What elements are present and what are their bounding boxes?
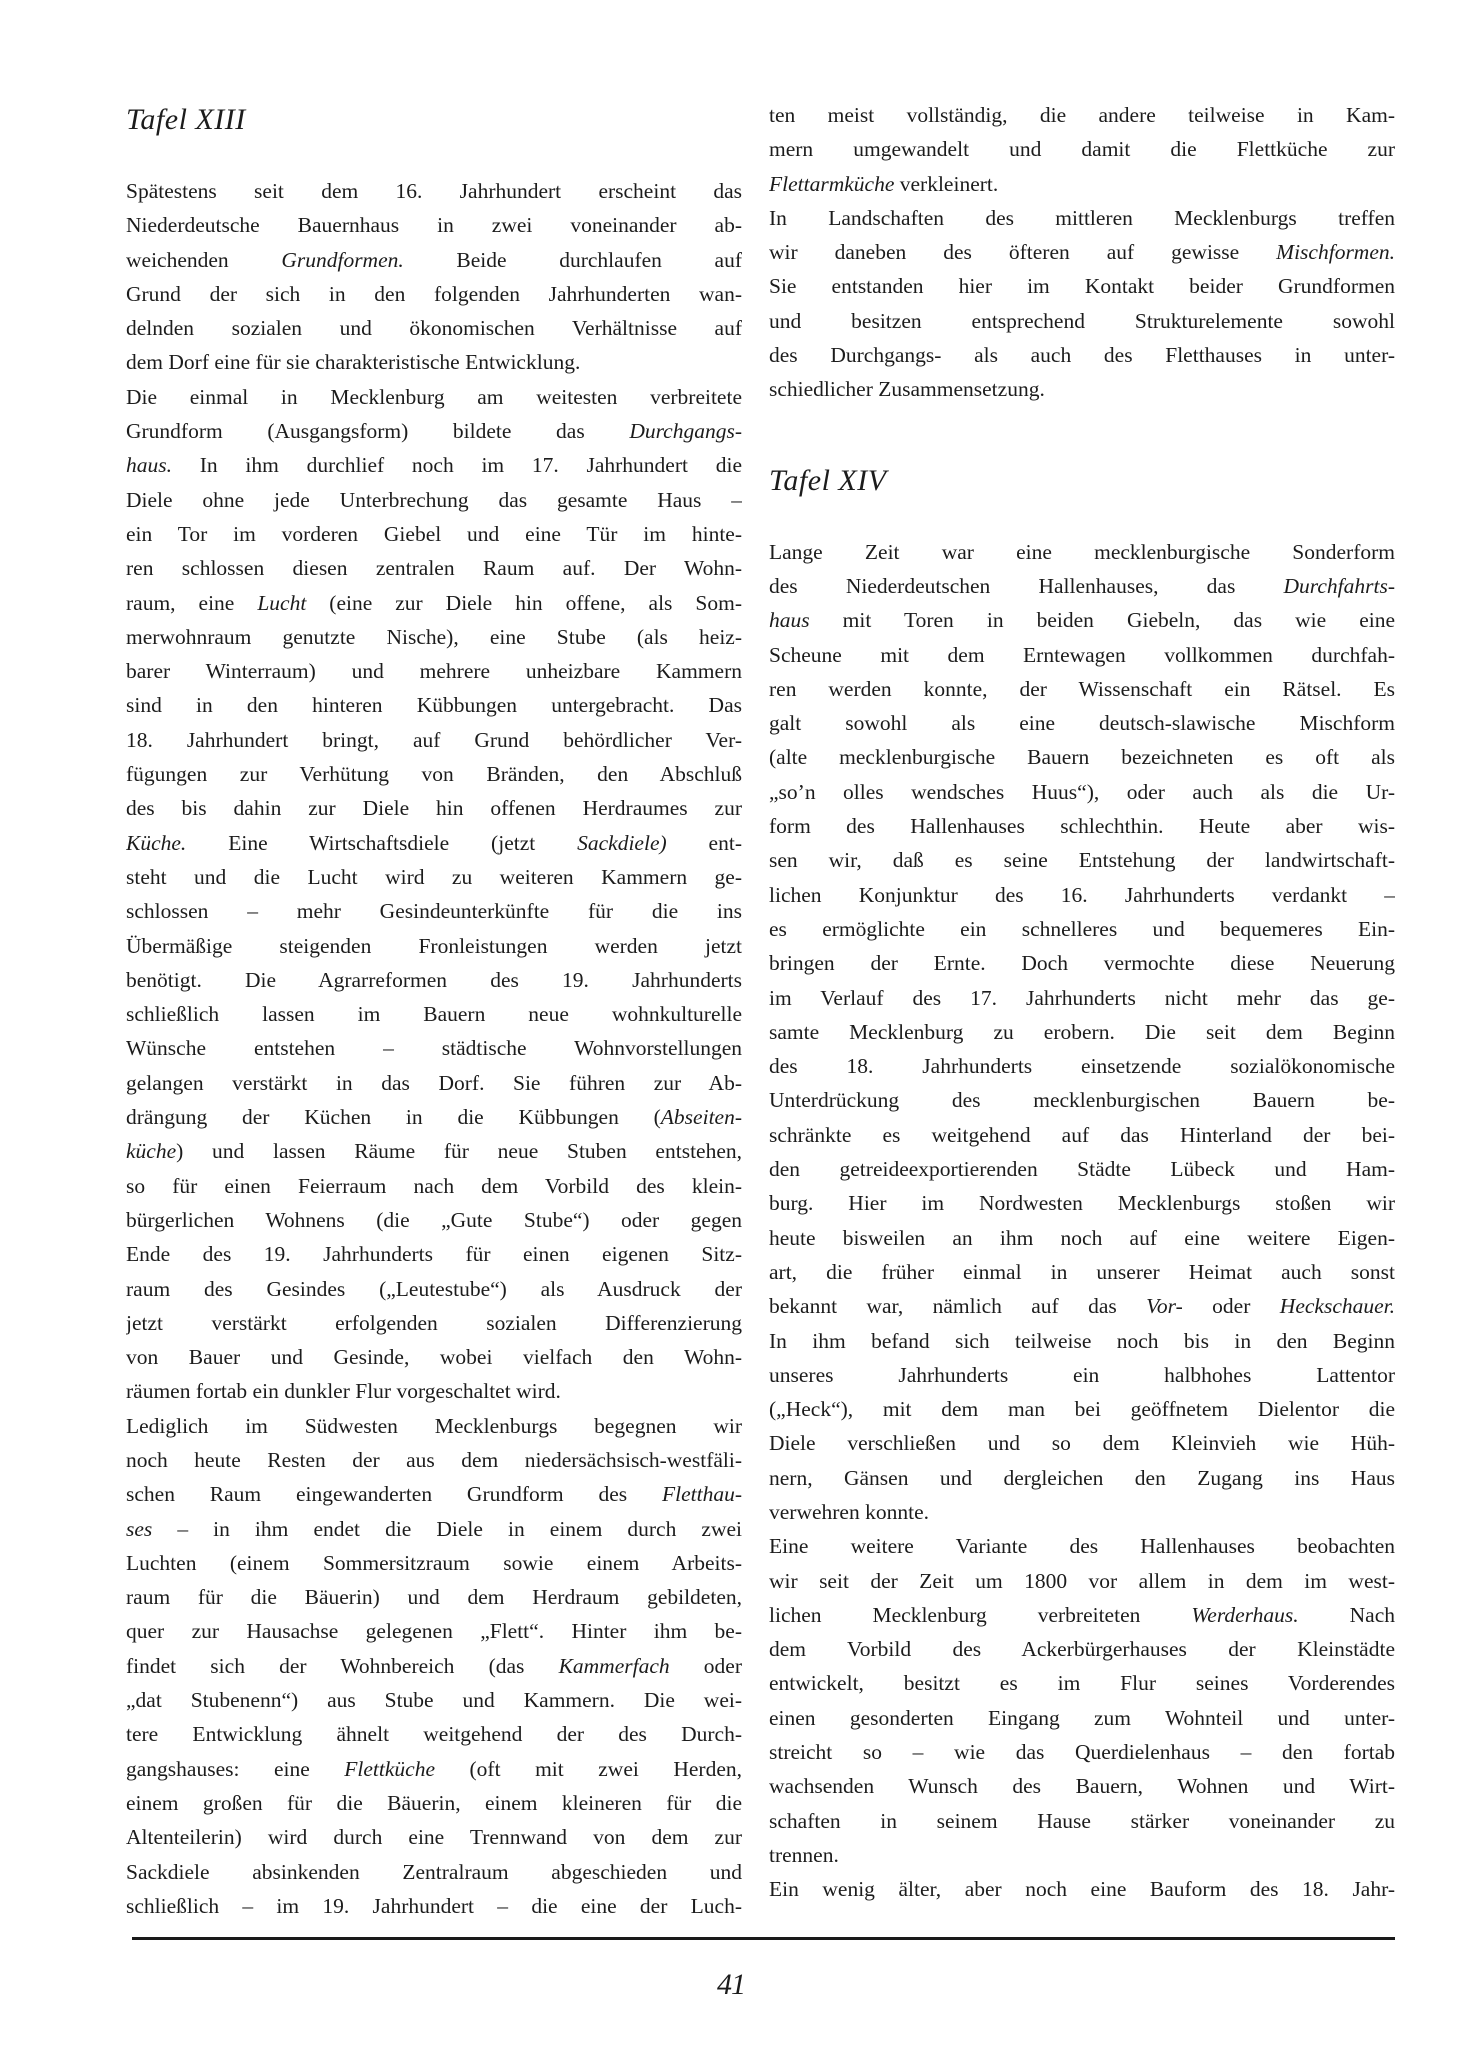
italic-term: Küche. [126, 831, 186, 855]
text-line: „so’n olles wendsches Huus“), oder auch … [769, 775, 1395, 809]
text-line: küche) und lassen Räume für neue Stuben … [126, 1134, 742, 1168]
text-line: im Verlauf des 17. Jahrhunderts nicht me… [769, 981, 1395, 1015]
text-line: burg. Hier im Nordwesten Mecklenburgs st… [769, 1186, 1395, 1220]
italic-term: Vor- [1146, 1294, 1183, 1318]
text-line: schiedlicher Zusammensetzung. [769, 372, 1395, 406]
text-line: von Bauer und Gesinde, wobei vielfach de… [126, 1340, 742, 1374]
italic-term: haus [769, 608, 810, 632]
text-line: einen gesonderten Eingang zum Wohnteil u… [769, 1701, 1395, 1735]
text-line: raum des Gesindes („Leutestube“) als Aus… [126, 1272, 742, 1306]
italic-term: Werderhaus. [1191, 1603, 1298, 1627]
text-line: Sackdiele absinkenden Zentralraum abgesc… [126, 1855, 742, 1889]
text-line: art, die früher einmal in unserer Heimat… [769, 1255, 1395, 1289]
text-line: Flettarmküche verkleinert. [769, 167, 1395, 201]
text-line: Luchten (einem Sommersitzraum sowie eine… [126, 1546, 742, 1580]
text-line: ren schlossen diesen zentralen Raum auf.… [126, 551, 742, 585]
right-column-body: Lange Zeit war eine mecklenburgische Son… [769, 535, 1395, 1907]
text-line: ein Tor im vorderen Giebel und eine Tür … [126, 517, 742, 551]
text-line: mern umgewandelt und damit die Flettküch… [769, 132, 1395, 166]
text-line: gelangen verstärkt in das Dorf. Sie führ… [126, 1066, 742, 1100]
text-line: schränkte es weitgehend auf das Hinterla… [769, 1118, 1395, 1152]
text-line: raum für die Bäuerin) und dem Herdraum g… [126, 1580, 742, 1614]
text-line: Unterdrückung des mecklenburgischen Baue… [769, 1083, 1395, 1117]
text-line: Ein wenig älter, aber noch eine Bauform … [769, 1872, 1395, 1906]
page-number: 41 [0, 1968, 1462, 2002]
text-line: wachsenden Wunsch des Bauern, Wohnen und… [769, 1769, 1395, 1803]
italic-term: Flettarmküche [769, 172, 894, 196]
text-line: raum, eine Lucht (eine zur Diele hin off… [126, 586, 742, 620]
left-column-body: Spätestens seit dem 16. Jahrhundert ersc… [126, 174, 742, 1923]
text-line: lichen Mecklenburg verbreiteten Werderha… [769, 1598, 1395, 1632]
text-line: sind in den hinteren Kübbungen untergebr… [126, 688, 742, 722]
text-line: dem Dorf eine für sie charakteristische … [126, 345, 742, 379]
text-line: In Landschaften des mittleren Mecklenbur… [769, 201, 1395, 235]
text-line: Lediglich im Südwesten Mecklenburgs bege… [126, 1409, 742, 1443]
text-line: quer zur Hausachse gelegenen „Flett“. Hi… [126, 1614, 742, 1648]
text-line: Spätestens seit dem 16. Jahrhundert ersc… [126, 174, 742, 208]
text-line: ren werden konnte, der Wissenschaft ein … [769, 672, 1395, 706]
text-line: Lange Zeit war eine mecklenburgische Son… [769, 535, 1395, 569]
left-column: Tafel XIII Spätestens seit dem 16. Jahrh… [126, 100, 742, 1923]
text-line: delnden sozialen und ökonomischen Verhäl… [126, 311, 742, 345]
text-line: des Niederdeutschen Hallenhauses, das Du… [769, 569, 1395, 603]
text-line: wir seit der Zeit um 1800 vor allem in d… [769, 1564, 1395, 1598]
text-line: Übermäßige steigenden Fronleistungen wer… [126, 929, 742, 963]
italic-term: Durchfahrts- [1284, 574, 1395, 598]
text-line: schen Raum eingewanderten Grundform des … [126, 1477, 742, 1511]
text-line: tere Entwicklung ähnelt weitgehend der d… [126, 1717, 742, 1751]
text-line: des bis dahin zur Diele hin offenen Herd… [126, 791, 742, 825]
text-line: „dat Stubenenn“) aus Stube und Kammern. … [126, 1683, 742, 1717]
text-line: noch heute Resten der aus dem niedersäch… [126, 1443, 742, 1477]
text-line: In ihm befand sich teilweise noch bis in… [769, 1324, 1395, 1358]
italic-term: Lucht [257, 591, 306, 615]
text-line: trennen. [769, 1838, 1395, 1872]
italic-term: Grundformen. [281, 248, 403, 272]
text-line: streicht so – wie das Querdielenhaus – d… [769, 1735, 1395, 1769]
italic-term: haus. [126, 453, 172, 477]
italic-term: Fletthau- [662, 1482, 742, 1506]
footer-rule [132, 1937, 1395, 1940]
text-line: des 18. Jahrhunderts einsetzende sozialö… [769, 1049, 1395, 1083]
text-line: findet sich der Wohnbereich (das Kammerf… [126, 1649, 742, 1683]
italic-term: Flettküche [344, 1757, 435, 1781]
text-line: Grund der sich in den folgenden Jahrhund… [126, 277, 742, 311]
text-line: Die einmal in Mecklenburg am weitesten v… [126, 380, 742, 414]
text-line: drängung der Küchen in die Kübbungen (Ab… [126, 1100, 742, 1134]
italic-term: Mischformen. [1276, 240, 1395, 264]
italic-term: ses [126, 1517, 152, 1541]
text-line: so für einen Feierraum nach dem Vorbild … [126, 1169, 742, 1203]
text-line: galt sowohl als eine deutsch-slawische M… [769, 706, 1395, 740]
text-line: gangshauses: eine Flettküche (oft mit zw… [126, 1752, 742, 1786]
text-line: räumen fortab ein dunkler Flur vorgescha… [126, 1374, 742, 1408]
text-line: des Durchgangs- als auch des Fletthauses… [769, 338, 1395, 372]
text-line: merwohnraum genutzte Nische), eine Stube… [126, 620, 742, 654]
italic-term: Heckschauer. [1280, 1294, 1395, 1318]
text-line: Ende des 19. Jahrhunderts für einen eige… [126, 1237, 742, 1271]
text-line: bürgerlichen Wohnens (die „Gute Stube“) … [126, 1203, 742, 1237]
text-line: sen wir, daß es seine Entstehung der lan… [769, 843, 1395, 877]
text-line: und besitzen entsprechend Strukturelemen… [769, 304, 1395, 338]
text-line: ten meist vollständig, die andere teilwe… [769, 98, 1395, 132]
text-line: einem großen für die Bäuerin, einem klei… [126, 1786, 742, 1820]
text-line: fügungen zur Verhütung von Bränden, den … [126, 757, 742, 791]
text-line: nern, Gänsen und dergleichen den Zugang … [769, 1461, 1395, 1495]
italic-term: Durchgangs- [629, 419, 742, 443]
text-line: Grundform (Ausgangsform) bildete das Dur… [126, 414, 742, 448]
section-heading-tafel-xiv: Tafel XIV [769, 461, 1395, 501]
text-line: Diele verschließen und so dem Kleinvieh … [769, 1426, 1395, 1460]
text-line: wir daneben des öfteren auf gewisse Misc… [769, 235, 1395, 269]
text-line: weichenden Grundformen. Beide durchlaufe… [126, 243, 742, 277]
text-line: Niederdeutsche Bauernhaus in zwei vonein… [126, 208, 742, 242]
text-line: heute bisweilen an ihm noch auf eine wei… [769, 1221, 1395, 1255]
text-line: barer Winterraum) und mehrere unheizbare… [126, 654, 742, 688]
text-line: entwickelt, besitzt es im Flur seines Vo… [769, 1666, 1395, 1700]
text-line: samte Mecklenburg zu erobern. Die seit d… [769, 1015, 1395, 1049]
text-line: lichen Konjunktur des 16. Jahrhunderts v… [769, 878, 1395, 912]
italic-term: Sackdiele) [577, 831, 667, 855]
text-line: ses – in ihm endet die Diele in einem du… [126, 1512, 742, 1546]
text-line: haus mit Toren in beiden Giebeln, das wi… [769, 603, 1395, 637]
text-line: schließlich lassen im Bauern neue wohnku… [126, 997, 742, 1031]
text-line: schaften in seinem Hause stärker voneina… [769, 1804, 1395, 1838]
text-line: haus. In ihm durchlief noch im 17. Jahrh… [126, 448, 742, 482]
text-line: Wünsche entstehen – städtische Wohnvorst… [126, 1031, 742, 1065]
italic-term: Kammerfach [559, 1654, 670, 1678]
text-line: schlossen – mehr Gesindeunterkünfte für … [126, 894, 742, 928]
text-line: schließlich – im 19. Jahrhundert – die e… [126, 1889, 742, 1923]
text-line: verwehren konnte. [769, 1495, 1395, 1529]
text-line: (alte mecklenburgische Bauern bezeichnet… [769, 740, 1395, 774]
text-line: es ermöglichte ein schnelleres und beque… [769, 912, 1395, 946]
text-line: bringen der Ernte. Doch vermochte diese … [769, 946, 1395, 980]
text-line: dem Vorbild des Ackerbürgerhauses der Kl… [769, 1632, 1395, 1666]
italic-term: küche [126, 1139, 176, 1163]
section-heading-tafel-xiii: Tafel XIII [126, 100, 742, 140]
right-column-continued-body: ten meist vollständig, die andere teilwe… [769, 98, 1395, 407]
text-line: („Heck“), mit dem man bei geöffnetem Die… [769, 1392, 1395, 1426]
text-line: Diele ohne jede Unterbrechung das gesamt… [126, 483, 742, 517]
text-line: Küche. Eine Wirtschaftsdiele (jetzt Sack… [126, 826, 742, 860]
text-line: bekannt war, nämlich auf das Vor- oder H… [769, 1289, 1395, 1323]
text-line: 18. Jahrhundert bringt, auf Grund behörd… [126, 723, 742, 757]
text-line: unseres Jahrhunderts ein halbhohes Latte… [769, 1358, 1395, 1392]
text-line: Altenteilerin) wird durch eine Trennwand… [126, 1820, 742, 1854]
text-line: form des Hallenhauses schlechthin. Heute… [769, 809, 1395, 843]
text-line: den getreideexportierenden Städte Lübeck… [769, 1152, 1395, 1186]
italic-term: Abseiten- [661, 1105, 742, 1129]
text-line: steht und die Lucht wird zu weiteren Kam… [126, 860, 742, 894]
text-line: jetzt verstärkt erfolgenden sozialen Dif… [126, 1306, 742, 1340]
text-line: Eine weitere Variante des Hallenhauses b… [769, 1529, 1395, 1563]
right-column: ten meist vollständig, die andere teilwe… [769, 98, 1395, 1907]
text-line: Scheune mit dem Erntewagen vollkommen du… [769, 638, 1395, 672]
text-line: Sie entstanden hier im Kontakt beider Gr… [769, 269, 1395, 303]
text-line: benötigt. Die Agrarreformen des 19. Jahr… [126, 963, 742, 997]
